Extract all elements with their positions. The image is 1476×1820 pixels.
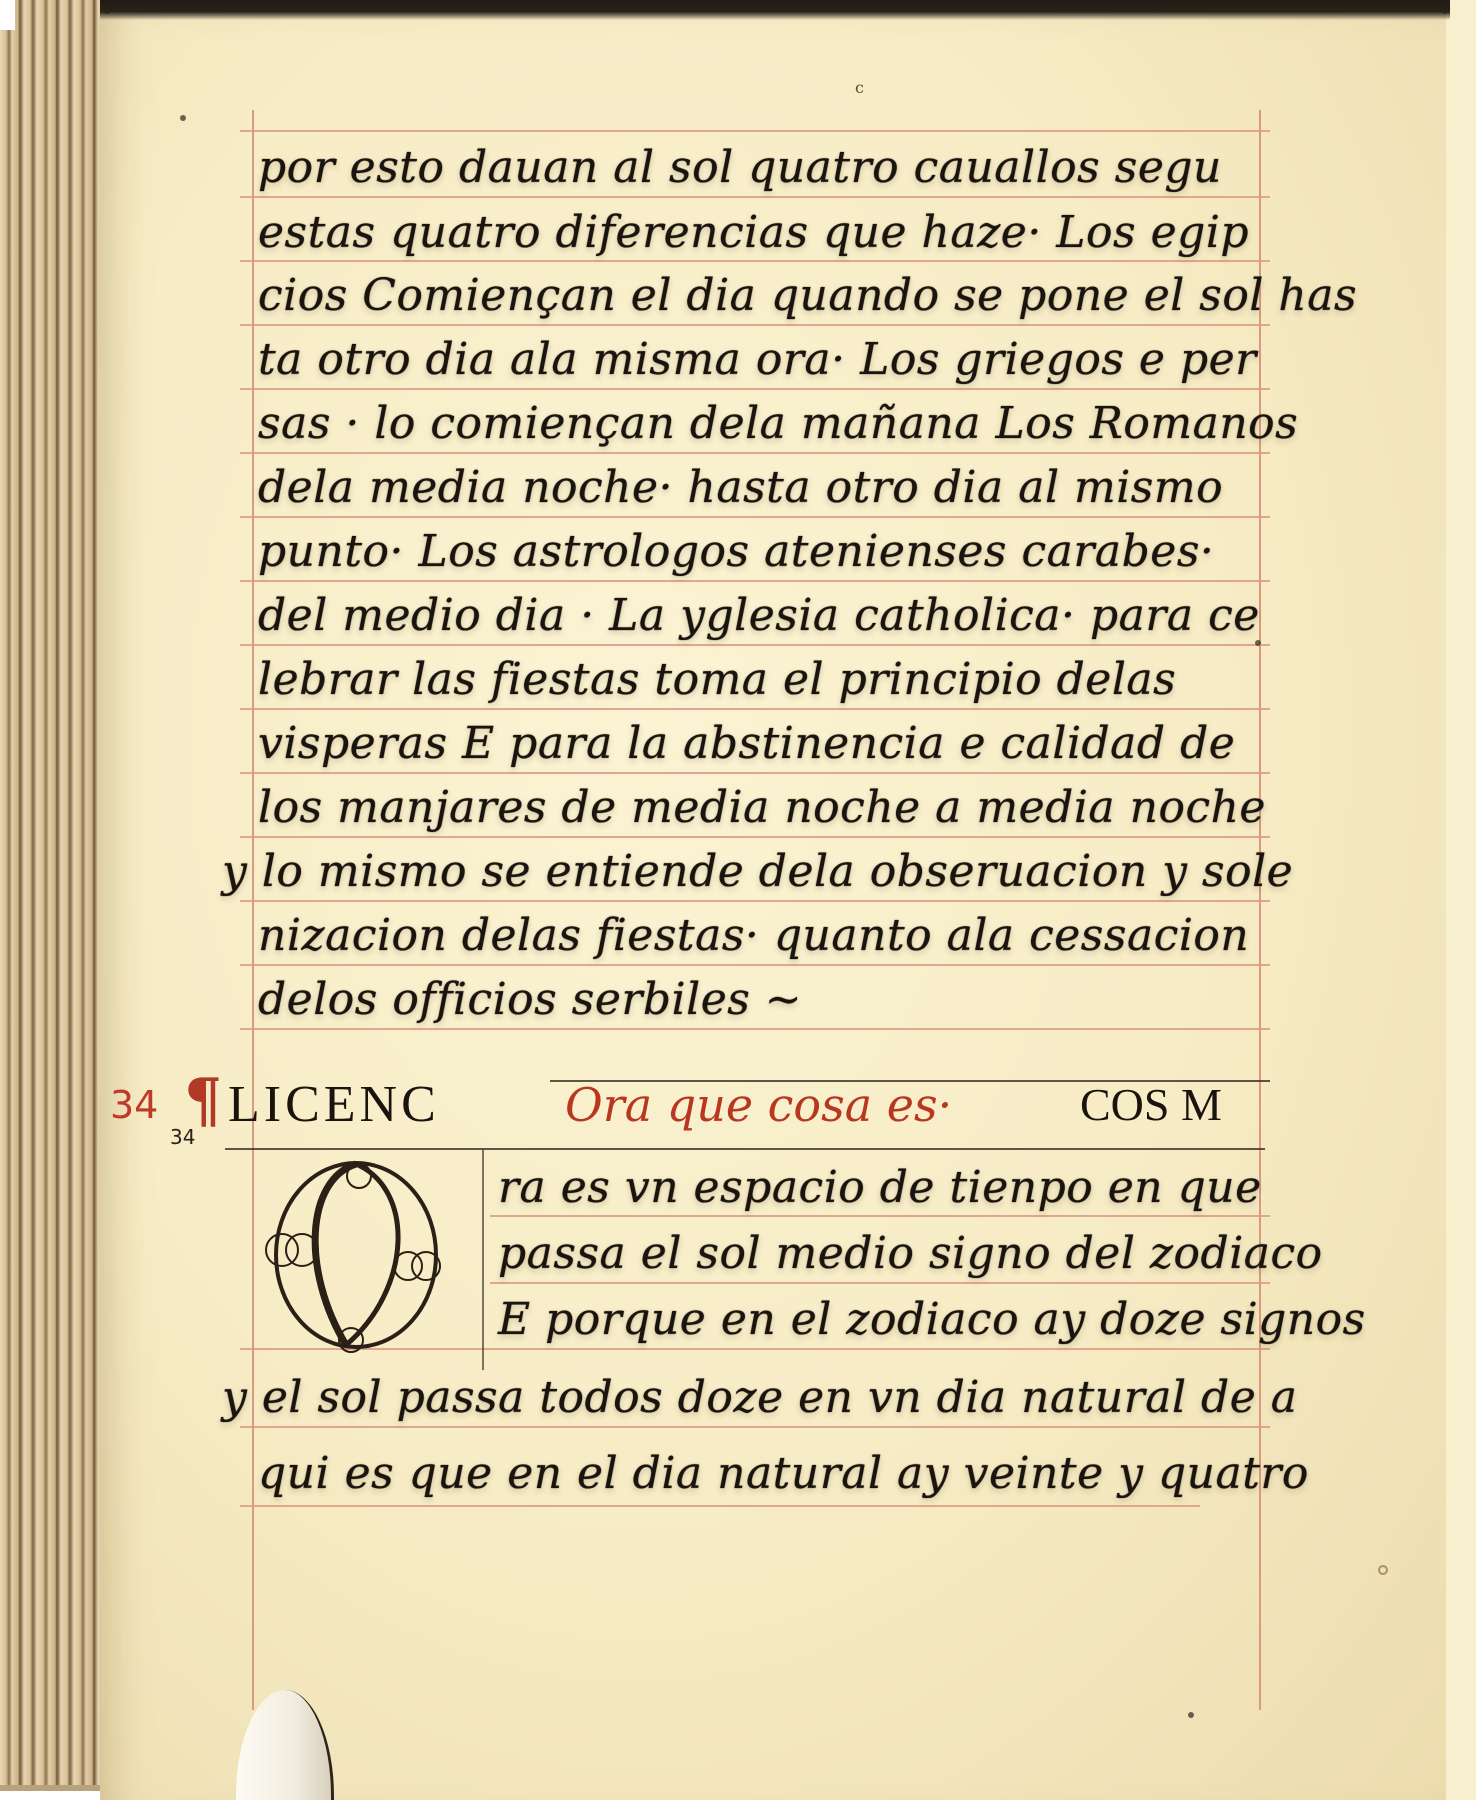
ruling-line xyxy=(240,1426,1270,1428)
ruling-line xyxy=(240,196,1270,198)
ruling-line xyxy=(240,1028,1270,1030)
text-line: los manjares de media noche a media noch… xyxy=(258,780,1258,836)
heading-label: LICENC xyxy=(228,1070,440,1140)
ruling-line xyxy=(240,130,1270,132)
ruling-line xyxy=(240,1505,1200,1507)
text-line: sas · lo comiençan dela mañana Los Roman… xyxy=(258,396,1258,452)
text-line: dela media noche· hasta otro dia al mism… xyxy=(258,460,1258,516)
text-line: punto· Los astrologos atenienses carabes… xyxy=(258,524,1258,580)
margin-number-red: 34 xyxy=(110,1070,158,1140)
text-line: passa el sol medio signo del zodiaco xyxy=(498,1226,1258,1282)
scan-background xyxy=(0,1800,1476,1820)
text-line: estas quatro diferencias que haze· Los e… xyxy=(258,205,1258,261)
ruling-line xyxy=(490,1282,1270,1284)
chapter-heading: 34 ¶ LICENC Ora que cosa es· COS M xyxy=(110,1070,1270,1140)
ruling-line xyxy=(240,452,1270,454)
text-line: qui es que en el dia natural ay veinte y… xyxy=(258,1446,1258,1502)
text-line: nizacion delas fiestas· quanto ala cessa… xyxy=(258,908,1258,964)
ruling-line xyxy=(240,964,1270,966)
ruling-line xyxy=(240,900,1270,902)
text-line: y lo mismo se entiende dela obseruacion … xyxy=(222,844,1222,900)
ruling-line xyxy=(240,580,1270,582)
text-line: lebrar las fiestas toma el principio del… xyxy=(258,652,1258,708)
rubric-title: Ora que cosa es· xyxy=(565,1070,952,1140)
ruling-line xyxy=(240,644,1270,646)
text-line: del medio dia · La yglesia catholica· pa… xyxy=(258,588,1258,644)
ruling-line xyxy=(240,836,1270,838)
initial-divider xyxy=(482,1150,484,1370)
text-line: ta otro dia ala misma ora· Los griegos e… xyxy=(258,332,1258,388)
ruling-line xyxy=(240,324,1270,326)
ruling-line xyxy=(240,708,1270,710)
text-line: por esto dauan al sol quatro cauallos se… xyxy=(258,140,1258,196)
paper-speck xyxy=(1188,1712,1194,1718)
page-edges-stack xyxy=(0,0,110,1791)
paper-speck xyxy=(1255,640,1261,646)
text-line: cios Comiençan el dia quando se pone el … xyxy=(258,268,1258,324)
paper-speck xyxy=(180,115,186,121)
paper-speck xyxy=(1378,1565,1388,1575)
text-line: delos officios serbiles ~ xyxy=(258,972,1258,1028)
decorated-initial-o-icon xyxy=(246,1150,466,1360)
text-line: y el sol passa todos doze en vn dia natu… xyxy=(222,1370,1222,1426)
folio-mark: c xyxy=(855,78,864,97)
ruling-line xyxy=(240,388,1270,390)
binding-shadow xyxy=(100,0,1450,20)
ruling-line xyxy=(240,516,1270,518)
adjacent-page-edge xyxy=(1443,0,1476,1815)
text-line: E porque en el zodiaco ay doze signos xyxy=(498,1292,1258,1348)
text-line: visperas E para la abstinencia e calidad… xyxy=(258,716,1258,772)
heading-abbreviation: COS M xyxy=(1080,1070,1222,1140)
text-line: ra es vn espacio de tienpo en que xyxy=(498,1160,1258,1216)
margin-number-small: 34 xyxy=(170,1125,195,1149)
ruling-line xyxy=(240,772,1270,774)
